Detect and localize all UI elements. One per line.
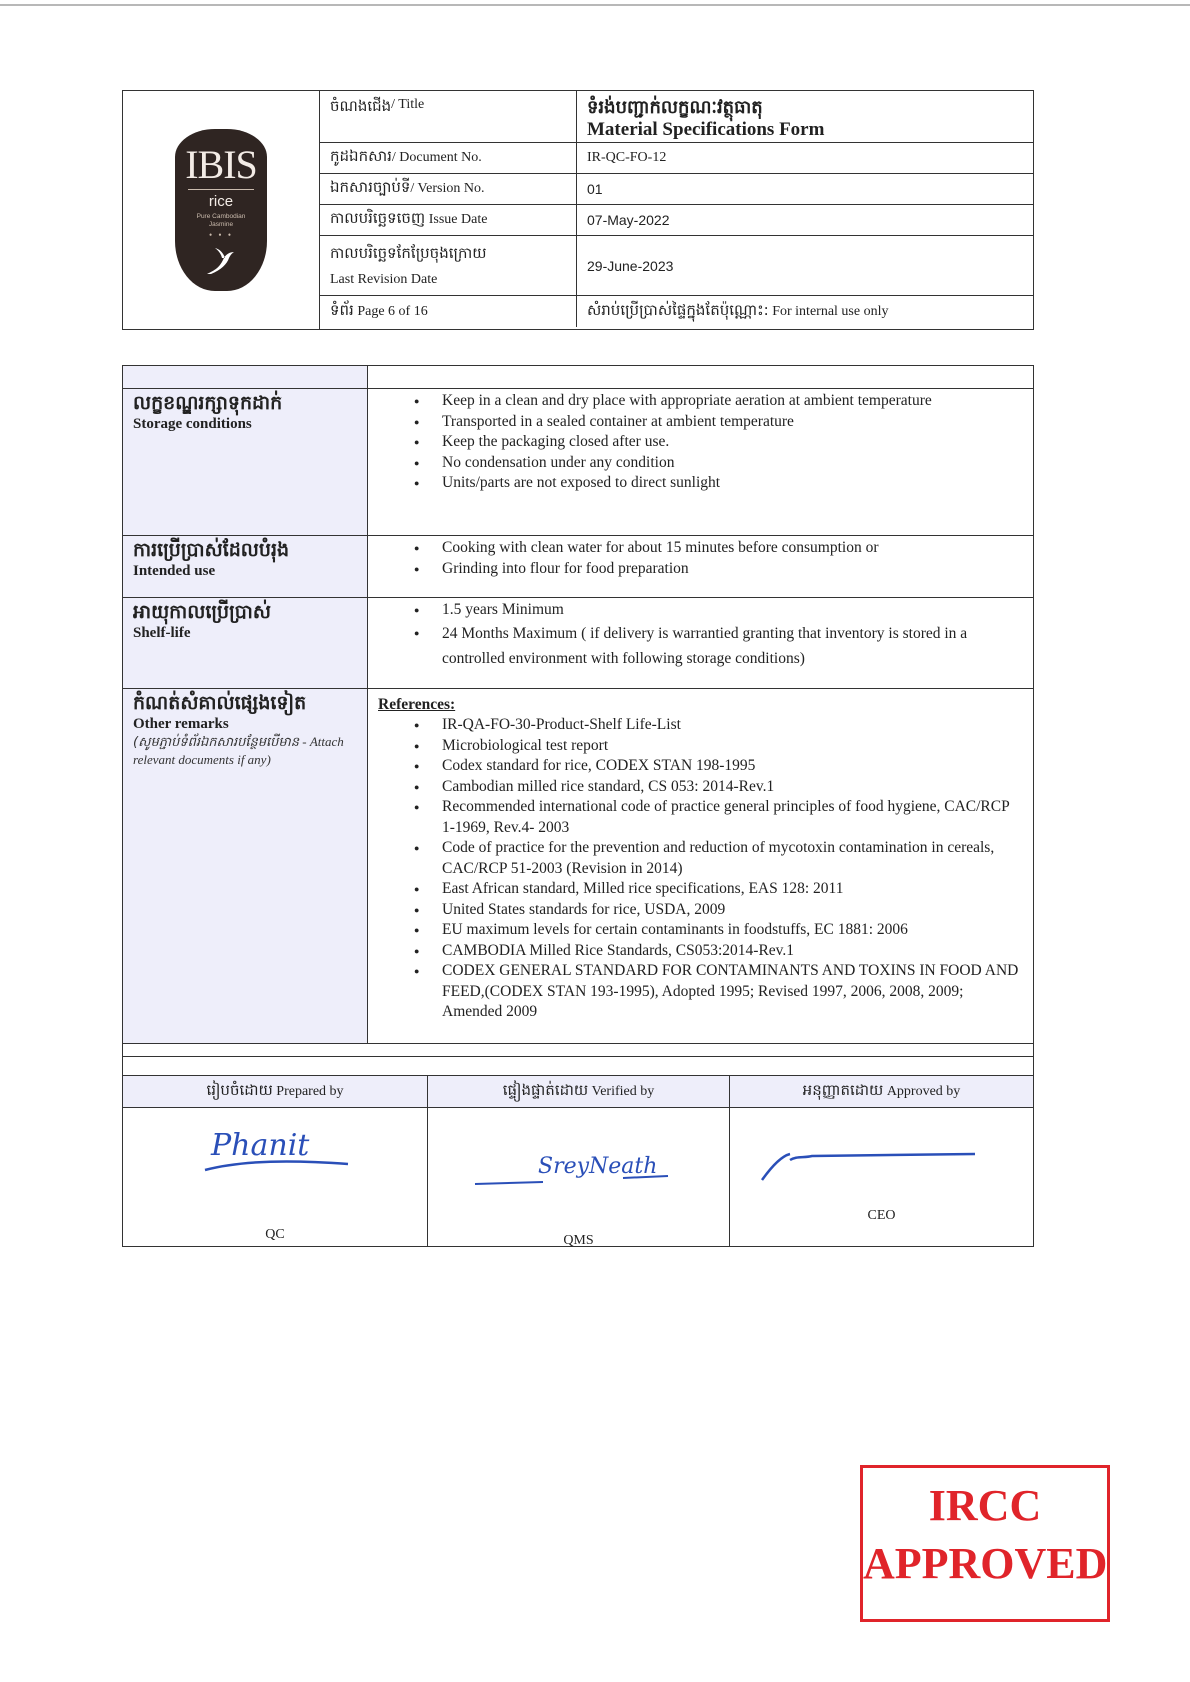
title-label: ចំណងជើង/ Title — [320, 91, 577, 143]
list-item: CAMBODIA Milled Rice Standards, CS053:20… — [378, 941, 1023, 962]
last-revision-value: 29-June-2023 — [577, 236, 1033, 296]
qc-signature-stroke — [203, 1156, 353, 1176]
logo-product: rice — [209, 194, 233, 210]
list-item: Codex standard for rice, CODEX STAN 198-… — [378, 756, 1023, 777]
version-no-value: 01 — [577, 174, 1033, 205]
ircc-approved-stamp: IRCC APPROVED — [860, 1465, 1110, 1622]
shelf-life-label-en: Shelf-life — [133, 624, 357, 642]
document-no-value: IR-QC-FO-12 — [577, 143, 1033, 174]
other-remarks-row: កំណត់សំគាល់ផ្សេងទៀត Other remarks (សូមភ្… — [123, 689, 1033, 1044]
list-item: IR-QA-FO-30-Product-Shelf Life-List — [378, 715, 1023, 736]
verified-by-cell: SreyNeath QMS — [428, 1108, 730, 1247]
title-en: Material Specifications Form — [587, 119, 824, 141]
qms-signature: SreyNeath — [538, 1154, 657, 1179]
version-no-label: ឯកសារច្បាប់ទី/ Version No. — [320, 174, 577, 205]
internal-use-note: សំរាប់ប្រើប្រាស់ផ្ទៃក្នុងតែប៉ុណ្ណោះ: For… — [577, 296, 1033, 327]
list-item: Keep the packaging closed after use. — [378, 432, 1023, 453]
shelf-life-label: អាយុកាលប្រើប្រាស់ Shelf-life — [123, 598, 368, 688]
other-remarks-label-km: កំណត់សំគាល់ផ្សេងទៀត — [133, 691, 357, 715]
last-revision-label: កាលបរិច្ឆេទកែប្រែចុងក្រោយLast Revision D… — [320, 236, 577, 296]
specification-table: លក្ខខណ្ឌរក្សាទុកដាក់ Storage conditions … — [122, 365, 1034, 1057]
list-item: CODEX GENERAL STANDARD FOR CONTAMINANTS … — [378, 961, 1023, 1023]
storage-label-en: Storage conditions — [133, 415, 357, 433]
shelf-life-list: 1.5 years Minimum 24 Months Maximum ( if… — [368, 598, 1033, 688]
spec-header-row — [123, 366, 1033, 389]
list-item: EU maximum levels for certain contaminan… — [378, 920, 1023, 941]
signature-table: រៀបចំដោយ Prepared by ផ្ទៀងផ្ទាត់ដោយ Veri… — [122, 1057, 1034, 1247]
list-item: Units/parts are not exposed to direct su… — [378, 473, 1023, 494]
list-item: 24 Months Maximum ( if delivery is warra… — [378, 621, 1023, 671]
spec-header-right — [368, 366, 1033, 388]
references-heading: References: — [378, 695, 1023, 715]
ceo-signature-stroke — [760, 1146, 980, 1186]
intended-use-label: ការប្រើប្រាស់ដែលបំរុង Intended use — [123, 536, 368, 597]
signature-spacer-row — [123, 1057, 1033, 1076]
logo-brand: IBIS — [185, 145, 257, 185]
list-item: East African standard, Milled rice speci… — [378, 879, 1023, 900]
qms-role: QMS — [428, 1233, 729, 1249]
shelf-life-label-km: អាយុកាលប្រើប្រាស់ — [133, 600, 357, 624]
logo-cell: IBIS rice Pure Cambodian Jasmine • • • — [123, 91, 320, 329]
storage-label-km: លក្ខខណ្ឌរក្សាទុកដាក់ — [133, 391, 357, 415]
list-item: Keep in a clean and dry place with appro… — [378, 391, 1023, 412]
list-item: Grinding into flour for food preparation — [378, 559, 1023, 580]
page-top-edge — [0, 4, 1190, 6]
storage-conditions-list: Keep in a clean and dry place with appro… — [368, 389, 1033, 535]
intended-use-row: ការប្រើប្រាស់ដែលបំរុង Intended use Cooki… — [123, 536, 1033, 598]
list-item: No condensation under any condition — [378, 453, 1023, 474]
issue-date-label: កាលបរិច្ឆេទចេញ Issue Date — [320, 205, 577, 236]
storage-conditions-label: លក្ខខណ្ឌរក្សាទុកដាក់ Storage conditions — [123, 389, 368, 535]
logo-tagline-line1: Pure Cambodian — [197, 213, 246, 221]
list-item: Code of practice for the prevention and … — [378, 838, 1023, 879]
intended-use-list: Cooking with clean water for about 15 mi… — [368, 536, 1033, 597]
references-list: References: IR-QA-FO-30-Product-Shelf Li… — [368, 689, 1033, 1043]
verified-by-header: ផ្ទៀងផ្ទាត់ដោយ Verified by — [428, 1076, 730, 1108]
title-km: ទំរង់បញ្ជាក់លក្ខណៈវត្ថុធាតុ — [587, 97, 824, 119]
prepared-by-cell: Phanit QC — [123, 1108, 428, 1247]
list-item: Cooking with clean water for about 15 mi… — [378, 538, 1023, 559]
list-item: Transported in a sealed container at amb… — [378, 412, 1023, 433]
logo-tagline: Pure Cambodian Jasmine — [197, 213, 246, 229]
logo-tagline-line2: Jasmine — [197, 221, 246, 229]
issue-date-value: 07-May-2022 — [577, 205, 1033, 236]
list-item: Cambodian milled rice standard, CS 053: … — [378, 777, 1023, 798]
other-remarks-label-en: Other remarks — [133, 715, 357, 733]
intended-use-label-km: ការប្រើប្រាស់ដែលបំរុង — [133, 538, 357, 562]
attach-documents-note: (សូមភ្ជាប់ទំព័រឯកសារបន្ថែមបើមាន - Attach… — [133, 733, 357, 768]
qc-role: QC — [123, 1227, 427, 1243]
shelf-life-row: អាយុកាលប្រើប្រាស់ Shelf-life 1.5 years M… — [123, 598, 1033, 689]
logo-divider — [188, 189, 254, 190]
title-value: ទំរង់បញ្ជាក់លក្ខណៈវត្ថុធាតុ Material Spe… — [577, 91, 1033, 143]
prepared-by-header: រៀបចំដោយ Prepared by — [123, 1076, 428, 1108]
header-fields: ចំណងជើង/ Title ទំរង់បញ្ជាក់លក្ខណៈវត្ថុធា… — [320, 91, 1033, 329]
signature-grid: រៀបចំដោយ Prepared by ផ្ទៀងផ្ទាត់ដោយ Veri… — [123, 1076, 1033, 1247]
approved-by-header: អនុញ្ញាតដោយ Approved by — [730, 1076, 1033, 1108]
list-item: United States standards for rice, USDA, … — [378, 900, 1023, 921]
logo-dots: • • • — [209, 230, 233, 240]
page-number: ទំព័រ Page 6 of 16 — [320, 296, 577, 327]
storage-conditions-row: លក្ខខណ្ឌរក្សាទុកដាក់ Storage conditions … — [123, 389, 1033, 536]
list-item: Microbiological test report — [378, 736, 1023, 757]
stamp-line2: APPROVED — [863, 1540, 1107, 1588]
document-no-label: កូដឯកសារ/ Document No. — [320, 143, 577, 174]
list-item: Recommended international code of practi… — [378, 797, 1023, 838]
approved-by-cell: CEO — [730, 1108, 1033, 1247]
spec-header-left — [123, 366, 368, 388]
stamp-line1: IRCC — [863, 1482, 1107, 1530]
ibis-bird-icon — [201, 246, 241, 284]
list-item: 1.5 years Minimum — [378, 600, 1023, 621]
other-remarks-label: កំណត់សំគាល់ផ្សេងទៀត Other remarks (សូមភ្… — [123, 689, 368, 1043]
intended-use-label-en: Intended use — [133, 562, 357, 580]
ceo-role: CEO — [730, 1208, 1033, 1224]
document-header-table: IBIS rice Pure Cambodian Jasmine • • • ច… — [122, 90, 1034, 330]
ibis-rice-logo: IBIS rice Pure Cambodian Jasmine • • • — [175, 129, 267, 291]
